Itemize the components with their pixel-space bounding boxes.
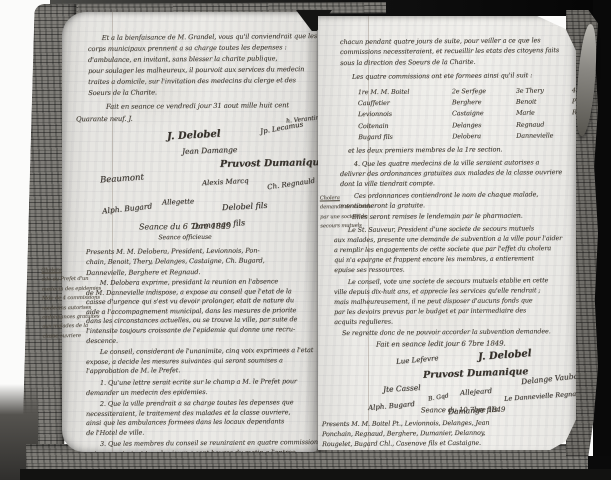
- signature: Allegette: [162, 197, 194, 206]
- manuscript-line: 1. Qu'une lettre serait ecrite sur le ch…: [86, 377, 316, 389]
- next-session-heading: Seance du 10 7bre 1849: [378, 405, 548, 414]
- session-heading: Seance du 6 7bre 1849: [82, 221, 288, 232]
- commission-member: Benoit: [516, 96, 572, 108]
- commissions-column-3: 3e TheryBenoitMarieRegnaudDannevielle: [516, 85, 572, 142]
- intro-paragraph: Et a la bienfaisance de M. Grandel, vous…: [88, 31, 315, 99]
- commission-member: Berghere: [452, 97, 516, 109]
- continuation-paragraph: chacun pendant quatre jours de suite, po…: [340, 35, 572, 68]
- commission-member: 1re M. M. Boitel: [358, 86, 452, 98]
- commission-member: Bugard fils: [358, 131, 452, 143]
- signature: Lue Lefevre: [396, 354, 439, 366]
- commission-member: 2e Serfege: [452, 86, 516, 98]
- remises-line: Elles seront remises le lendemain par le…: [352, 211, 574, 221]
- manuscript-line: descence.: [86, 335, 316, 347]
- session-subheading: Seance officieuse: [82, 233, 288, 242]
- signature: Beaumont: [100, 172, 144, 185]
- manuscript-line: ainsi que les ambulances formees dans le…: [86, 417, 316, 429]
- commission-member: Dannevielle: [516, 130, 572, 142]
- commissions-intro-line: Les quatre commissions ont ete formees a…: [352, 71, 532, 81]
- manuscript-line: Soeurs de la Charite.: [88, 86, 314, 99]
- manuscript-line: mentionneront la gratuite.: [340, 199, 572, 211]
- page-left: Et a la bienfaisance de M. Grandel, vous…: [62, 12, 318, 452]
- signature: Ch. Regnauld: [267, 177, 316, 192]
- signature: Pruvost Dumanique: [220, 157, 318, 170]
- signature: B. Gqd: [428, 392, 450, 402]
- council-vote-paragraph: Le conseil, vote une societe de secours …: [334, 275, 574, 327]
- ordonnances-paragraph: Ces ordonnances contiendront le nom de c…: [340, 189, 572, 211]
- commissions-column-2: 2e SerfegeBerghereCastaigneDelangesDelob…: [452, 86, 516, 143]
- commission-member: Marie: [516, 108, 572, 120]
- measure-item-1: 1. Qu'une lettre serait ecrite sur le ch…: [86, 377, 316, 398]
- signature: Jte Cassel: [383, 383, 421, 394]
- commission-member: Ponchain: [572, 96, 576, 108]
- signature-cluster-left: J. DelobelJp. Lecamush. VerantinJean Dam…: [72, 116, 316, 234]
- commissions-column-1: 1re M. M. BoitelCauffetierLevionnoisCoit…: [358, 86, 452, 143]
- signature: J. Delobel: [478, 348, 532, 363]
- signature: Jean Damange: [182, 145, 238, 156]
- next-session-attendance: Presents M. M. Boitel Pt., Levionnois, D…: [322, 417, 574, 449]
- societe-secours-paragraph: Le St. Sauveur, President d'une societe …: [334, 223, 574, 275]
- commission-member: 3e Thery: [516, 85, 572, 97]
- manuscript-line: Rougelet, Bugard Chl., Casenove fils et …: [322, 437, 574, 449]
- scanner-shadow-bottom: [20, 469, 611, 480]
- commission-member: Delobera: [452, 131, 516, 143]
- commissions-column-4: 4e SevinPonchainRiefflet: [572, 85, 576, 141]
- manuscript-line: Ces ordonnances contiendront le nom de c…: [340, 189, 572, 201]
- signature: Allejeard: [460, 387, 492, 397]
- commission-member: Castaigne: [452, 108, 516, 120]
- commission-member: Coitenain: [358, 120, 452, 132]
- manuscript-line: sous la direction des Soeurs de la Chari…: [340, 56, 572, 68]
- signature: J. Delobel: [167, 129, 221, 143]
- commission-member: Delanges: [452, 119, 516, 131]
- manuscript-line: de l'Hotel de ville.: [86, 427, 316, 439]
- manuscript-line: demander un medecin des epidemies.: [86, 387, 316, 399]
- closing-date-line: Fait en seance ce vendredi jour 31 aout …: [106, 101, 289, 111]
- manuscript-scan: Et a la bienfaisance de M. Grandel, vous…: [0, 0, 611, 480]
- manuscript-line: l'intensite toujours croissante de l'epi…: [86, 325, 316, 337]
- attendance-list: Presents M. M. Delobera, President, Levi…: [86, 245, 316, 278]
- commission-member: Levionnois: [358, 109, 452, 121]
- expose-paragraph: M. Delobera exprime, presidant la reunio…: [86, 277, 317, 346]
- measure-item-3: 3. Que les membres du conseil se reunira…: [86, 438, 318, 452]
- manuscript-line: epuise ses ressources.: [334, 263, 574, 275]
- measure-item-4: 4. Que les quatre medecins de la ville s…: [340, 157, 574, 189]
- margin-note-line: classe ouvriere: [42, 331, 112, 342]
- manuscript-line: dont la ville tiendrait compte.: [340, 177, 574, 189]
- commission-member: 4e Sevin: [572, 85, 576, 97]
- signature: Alexis Marcq: [202, 177, 249, 187]
- measure-item-2: 2. Que la ville prendrait a sa charge to…: [86, 398, 316, 438]
- manuscript-line: delivrer des ordonnances gratuites aux m…: [340, 167, 574, 179]
- signature: Delobel fils: [222, 201, 268, 212]
- margin-note-line: par une societe de: [320, 212, 370, 222]
- commission-member: Riefflet: [572, 107, 576, 119]
- commission-member: Regnaud: [516, 119, 572, 131]
- margin-note-cholera-left: Choleradde au Prefet d'unmedecin des epi…: [41, 265, 112, 341]
- council-decision-paragraph: Le conseil, considerant de l'unanimite, …: [86, 346, 316, 377]
- commissions-table: 1re M. M. BoitelCauffetierLevionnoisCoit…: [358, 85, 576, 143]
- signature: Pruvost Dumanique: [423, 366, 529, 381]
- manuscript-line: commissions necessiteraient, et recueill…: [340, 45, 572, 57]
- commissions-footnote: et les deux premiers membres de la 1re s…: [348, 145, 502, 154]
- page-right: chacun pendant quatre jours de suite, po…: [318, 16, 576, 450]
- commission-member: Cauffetier: [358, 98, 452, 110]
- manuscript-line: l'approbation de M. le Prefet.: [86, 365, 316, 377]
- signature: Le Dannevielle Regnault: [504, 389, 576, 403]
- regret-line: Se regrette donc de ne pouvoir accorder …: [342, 327, 576, 337]
- manuscript-line: traites a domicile, sur l'invitation des…: [88, 75, 314, 88]
- manuscript-line: acquits regulieres.: [334, 315, 574, 327]
- signature: Alph. Bugard: [102, 201, 153, 215]
- signature: Delange Vauban: [521, 371, 576, 386]
